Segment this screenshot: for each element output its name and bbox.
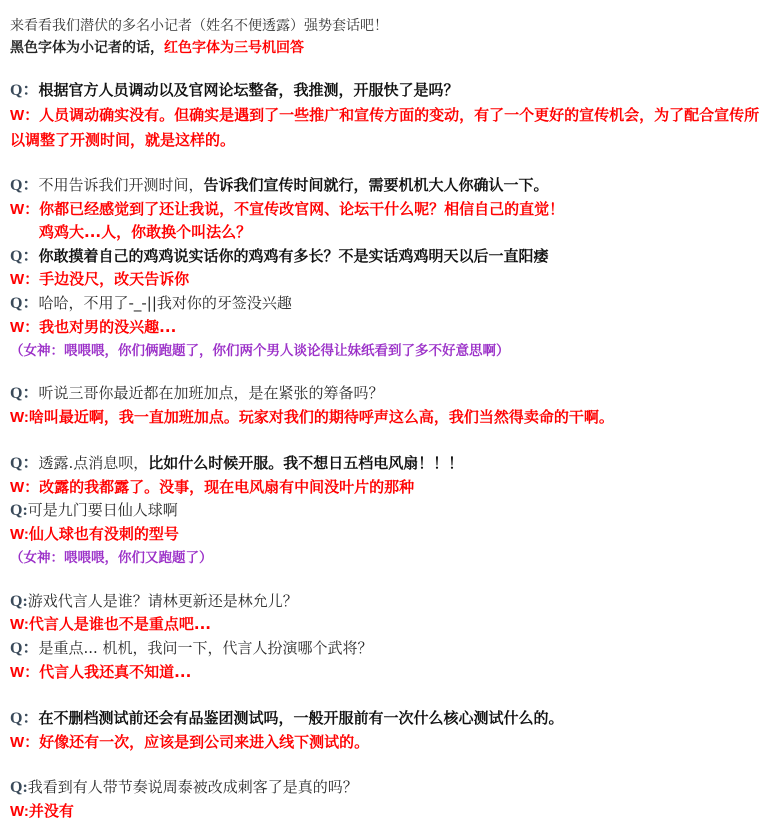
answer-text: 并没有 <box>29 802 74 820</box>
question-line: Q：透露.点消息呗，比如什么时候开服。我不想日五档电风扇！！！ <box>10 452 463 474</box>
goddess-comment: （女神：喂喂喂，你们又跑题了） <box>10 547 213 569</box>
question-prefix: Q： <box>10 640 38 657</box>
question-text: 游戏代言人是谁？请林更新还是林允儿？ <box>28 592 298 610</box>
question-text: 根据官方人员调动以及官网论坛整备，我推测，开服快了是吗？ <box>38 81 458 99</box>
question-prefix: Q: <box>10 779 28 796</box>
question-line: Q:可是九门要日仙人球啊 <box>10 499 178 521</box>
question-text: 听说三哥你最近都在加班加点，是在紧张的筹备吗？ <box>38 384 383 402</box>
question-line: Q：听说三哥你最近都在加班加点，是在紧张的筹备吗？ <box>10 382 383 404</box>
question-text: 可是九门要日仙人球啊 <box>28 501 178 519</box>
question-line: Q：不用告诉我们开测时间，告诉我们宣传时间就行，需要机机大人你确认一下。 <box>10 174 548 196</box>
answer-text: 代言人我还真不知道... <box>39 663 191 681</box>
answer-text: 我也对男的没兴趣... <box>39 318 176 336</box>
question-text-bold: 告诉我们宣传时间就行，需要机机大人你确认一下。 <box>203 176 548 194</box>
answer-prefix: W： <box>10 201 39 218</box>
answer-prefix: W: <box>10 616 29 633</box>
answer-prefix: W: <box>10 803 29 820</box>
answer-line: W：改露的我都露了。没事，现在电风扇有中间没叶片的那种 <box>10 476 414 498</box>
question-text: 你敢摸着自己的鸡鸡说实话你的鸡鸡有多长？不是实话鸡鸡明天以后一直阳痿 <box>38 247 548 265</box>
question-prefix: Q： <box>10 248 38 265</box>
answer-text: 改露的我都露了。没事，现在电风扇有中间没叶片的那种 <box>39 478 414 496</box>
answer-line: W:代言人是谁也不是重点吧... <box>10 613 211 635</box>
legend-red-text: 红色字体为三号机回答 <box>164 40 304 56</box>
question-prefix: Q： <box>10 295 38 312</box>
answer-line: W：你都已经感觉到了还让我说，不宣传改官网、论坛干什么呢？相信自己的直觉！ <box>10 198 564 220</box>
question-line: Q：哈哈，不用了-_-||我对你的牙签没兴趣 <box>10 292 292 314</box>
answer-line: W:啥叫最近啊，我一直加班加点。玩家对我们的期待呼声这么高，我们当然得卖命的干啊… <box>10 406 614 428</box>
question-prefix: Q： <box>10 385 38 402</box>
question-text: 我看到有人带节奏说周泰被改成刺客了是真的吗？ <box>28 778 358 796</box>
answer-prefix: W： <box>10 734 39 751</box>
question-prefix: Q： <box>10 177 38 194</box>
question-text: 是重点... 机机，我问一下，代言人扮演哪个武将？ <box>38 639 372 657</box>
answer-line: W：好像还有一次，应该是到公司来进入线下测试的。 <box>10 731 369 753</box>
question-prefix: Q： <box>10 455 38 472</box>
answer-continuation: 鸡鸡大...人，你敢换个叫法么？ <box>39 221 251 243</box>
answer-line: W：我也对男的没兴趣... <box>10 316 176 338</box>
question-prefix: Q: <box>10 502 28 519</box>
goddess-comment: （女神：喂喂喂，你们俩跑题了，你们两个男人谈论得让妹纸看到了多不好意思啊） <box>10 340 510 362</box>
answer-text: 仙人球也有没刺的型号 <box>29 525 179 543</box>
question-line: Q:我看到有人带节奏说周泰被改成刺客了是真的吗？ <box>10 776 358 798</box>
answer-prefix: W： <box>10 664 39 681</box>
question-line: Q:游戏代言人是谁？请林更新还是林允儿？ <box>10 590 298 612</box>
question-line: Q：你敢摸着自己的鸡鸡说实话你的鸡鸡有多长？不是实话鸡鸡明天以后一直阳痿 <box>10 245 548 267</box>
answer-line: W:并没有 <box>10 800 74 822</box>
answer-line: W：手边没尺，改天告诉你 <box>10 268 189 290</box>
answer-text: 手边没尺，改天告诉你 <box>39 270 189 288</box>
answer-prefix: W： <box>10 479 39 496</box>
answer-prefix: W： <box>10 271 39 288</box>
answer-line: W：人员调动确实没有。但确实是遇到了一些推广和宣传方面的变动，有了一个更好的宣传… <box>10 103 770 152</box>
answer-text: 好像还有一次，应该是到公司来进入线下测试的。 <box>39 733 369 751</box>
legend-black-text: 黑色字体为小记者的话， <box>10 40 164 56</box>
answer-prefix: W: <box>10 526 29 543</box>
intro-legend: 黑色字体为小记者的话，红色字体为三号机回答 <box>10 37 304 59</box>
question-prefix: Q： <box>10 710 38 727</box>
answer-prefix: W： <box>10 107 39 124</box>
question-text: 透露.点消息呗， <box>38 454 148 472</box>
question-text: 不用告诉我们开测时间， <box>38 176 203 194</box>
question-text: 哈哈，不用了-_-||我对你的牙签没兴趣 <box>38 294 291 312</box>
answer-prefix: W: <box>10 409 29 426</box>
question-line: Q：是重点... 机机，我问一下，代言人扮演哪个武将？ <box>10 637 373 659</box>
question-text-bold: 比如什么时候开服。我不想日五档电风扇！！！ <box>148 454 463 472</box>
answer-line: W：代言人我还真不知道... <box>10 661 191 683</box>
question-prefix: Q: <box>10 593 28 610</box>
answer-text: 你都已经感觉到了还让我说，不宣传改官网、论坛干什么呢？相信自己的直觉！ <box>39 200 564 218</box>
answer-text: 人员调动确实没有。但确实是遇到了一些推广和宣传方面的变动，有了一个更好的宣传机会… <box>10 106 759 149</box>
question-line: Q：根据官方人员调动以及官网论坛整备，我推测，开服快了是吗？ <box>10 79 458 101</box>
question-prefix: Q： <box>10 82 38 99</box>
answer-text: 啥叫最近啊，我一直加班加点。玩家对我们的期待呼声这么高，我们当然得卖命的干啊。 <box>29 408 614 426</box>
question-text: 在不删档测试前还会有品鉴团测试吗，一般开服前有一次什么核心测试什么的。 <box>38 709 563 727</box>
question-line: Q：在不删档测试前还会有品鉴团测试吗，一般开服前有一次什么核心测试什么的。 <box>10 707 563 729</box>
answer-line: W:仙人球也有没刺的型号 <box>10 523 179 545</box>
answer-text: 代言人是谁也不是重点吧... <box>29 615 211 633</box>
answer-prefix: W： <box>10 319 39 336</box>
intro-line: 来看看我们潜伏的多名小记者（姓名不便透露）强势套话吧！ <box>10 15 388 37</box>
